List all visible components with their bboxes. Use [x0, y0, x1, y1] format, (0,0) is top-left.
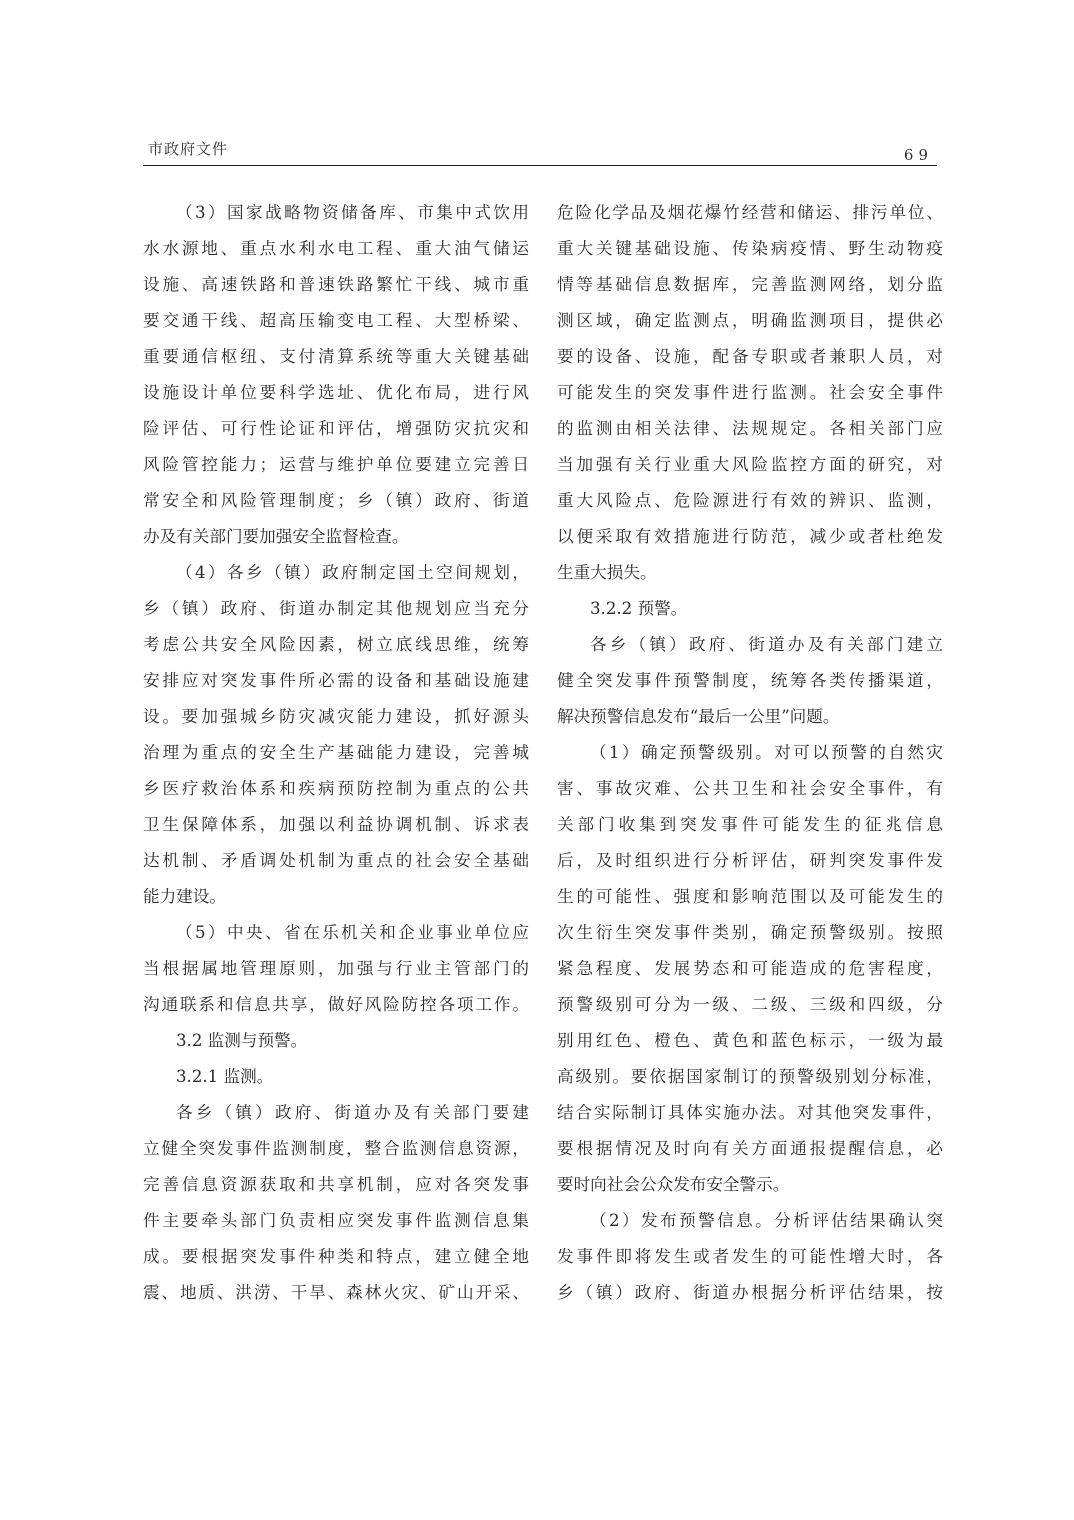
text-line: 可能发生的突发事件进行监测。社会安全事件: [557, 377, 943, 413]
text-line: 件主要牵头部门负责相应突发事件监测信息集: [143, 1205, 529, 1241]
text-line: 设施、高速铁路和普速铁路繁忙干线、城市重: [143, 269, 529, 305]
text-line: （1）确定预警级别。对可以预警的自然灾: [557, 737, 943, 773]
page-number: 69: [904, 146, 933, 164]
left-column: （3）国家战略物资储备库、市集中式饮用水水源地、重点水利水电工程、重大油气储运设…: [143, 197, 529, 1313]
text-line: 当根据属地管理原则，加强与行业主管部门的: [143, 953, 529, 989]
text-line: 立健全突发事件监测制度，整合监测信息资源，: [143, 1133, 529, 1169]
text-line: 沟通联系和信息共享，做好风险防控各项工作。: [143, 989, 529, 1025]
text-line: 设。要加强城乡防灾减灾能力建设，抓好源头: [143, 701, 529, 737]
text-line: 卫生保障体系，加强以利益协调机制、诉求表: [143, 809, 529, 845]
header-divider: [143, 165, 937, 166]
text-line: 各乡（镇）政府、街道办及有关部门建立: [557, 629, 943, 665]
text-line: 重大风险点、危险源进行有效的辨识、监测，: [557, 485, 943, 521]
text-line: 设施设计单位要科学选址、优化布局，进行风: [143, 377, 529, 413]
text-line: 预警级别可分为一级、二级、三级和四级，分: [557, 989, 943, 1025]
text-line: （5）中央、省在乐机关和企业事业单位应: [143, 917, 529, 953]
text-line: 当加强有关行业重大风险监控方面的研究，对: [557, 449, 943, 485]
text-line: 完善信息资源获取和共享机制，应对各突发事: [143, 1169, 529, 1205]
text-line: 险评估、可行性论证和评估，增强防灾抗灾和: [143, 413, 529, 449]
text-line: 达机制、矛盾调处机制为重点的社会安全基础: [143, 845, 529, 881]
text-line: 危险化学品及烟花爆竹经营和储运、排污单位、: [557, 197, 943, 233]
text-line: 健全突发事件预警制度，统筹各类传播渠道，: [557, 665, 943, 701]
text-line: 成。要根据突发事件种类和特点，建立健全地: [143, 1241, 529, 1277]
text-line: （4）各乡（镇）政府制定国土空间规划，: [143, 557, 529, 593]
right-column: 危险化学品及烟花爆竹经营和储运、排污单位、重大关键基础设施、传染病疫情、野生动物…: [557, 197, 943, 1313]
text-line: 后，及时组织进行分析评估，研判突发事件发: [557, 845, 943, 881]
text-line: 乡（镇）政府、街道办制定其他规划应当充分: [143, 593, 529, 629]
text-line: 常安全和风险管理制度；乡（镇）政府、街道: [143, 485, 529, 521]
header-title: 市政府文件: [148, 138, 228, 159]
text-line: （2）发布预警信息。分析评估结果确认突: [557, 1205, 943, 1241]
text-line: 考虑公共安全风险因素，树立底线思维，统筹: [143, 629, 529, 665]
text-line: 各乡（镇）政府、街道办及有关部门要建: [143, 1097, 529, 1133]
text-line: 生的可能性、强度和影响范围以及可能发生的: [557, 881, 943, 917]
text-line: 要时向社会公众发布安全警示。: [557, 1169, 943, 1205]
text-line: 情等基础信息数据库，完善监测网络，划分监: [557, 269, 943, 305]
text-line: 的监测由相关法律、法规规定。各相关部门应: [557, 413, 943, 449]
text-line: 能力建设。: [143, 881, 529, 917]
text-line: 要的设备、设施，配备专职或者兼职人员，对: [557, 341, 943, 377]
text-line: 治理为重点的安全生产基础能力建设，完善城: [143, 737, 529, 773]
text-line: 紧急程度、发展势态和可能造成的危害程度，: [557, 953, 943, 989]
text-line: 要交通干线、超高压输变电工程、大型桥梁、: [143, 305, 529, 341]
text-line: 乡（镇）政府、街道办根据分析评估结果，按: [557, 1277, 943, 1313]
text-line: 乡医疗救治体系和疾病预防控制为重点的公共: [143, 773, 529, 809]
text-line: 水水源地、重点水利水电工程、重大油气储运: [143, 233, 529, 269]
text-line: 安排应对突发事件所必需的设备和基础设施建: [143, 665, 529, 701]
text-line: 害、事故灾难、公共卫生和社会安全事件，有: [557, 773, 943, 809]
text-line: 以便采取有效措施进行防范，减少或者杜绝发: [557, 521, 943, 557]
text-line: （3）国家战略物资储备库、市集中式饮用: [143, 197, 529, 233]
text-line: 测区域，确定监测点，明确监测项目，提供必: [557, 305, 943, 341]
text-line: 办及有关部门要加强安全监督检查。: [143, 521, 529, 557]
text-line: 解决预警信息发布“最后一公里”问题。: [557, 701, 943, 737]
text-line: 次生衍生突发事件类别，确定预警级别。按照: [557, 917, 943, 953]
text-line: 别用红色、橙色、黄色和蓝色标示，一级为最: [557, 1025, 943, 1061]
text-line: 生重大损失。: [557, 557, 943, 593]
section-heading: 3.2 监测与预警。: [143, 1025, 529, 1061]
text-line: 重大关键基础设施、传染病疫情、野生动物疫: [557, 233, 943, 269]
text-line: 关部门收集到突发事件可能发生的征兆信息: [557, 809, 943, 845]
section-heading: 3.2.1 监测。: [143, 1061, 529, 1097]
text-line: 高级别。要依据国家制订的预警级别划分标准，: [557, 1061, 943, 1097]
text-line: 发事件即将发生或者发生的可能性增大时，各: [557, 1241, 943, 1277]
text-line: 要根据情况及时向有关方面通报提醒信息，必: [557, 1133, 943, 1169]
text-line: 震、地质、洪涝、干旱、森林火灾、矿山开采、: [143, 1277, 529, 1313]
text-line: 结合实际制订具体实施办法。对其他突发事件，: [557, 1097, 943, 1133]
text-line: 重要通信枢纽、支付清算系统等重大关键基础: [143, 341, 529, 377]
page-header: 市政府文件 69: [143, 136, 933, 166]
section-heading: 3.2.2 预警。: [557, 593, 943, 629]
text-line: 风险管控能力；运营与维护单位要建立完善日: [143, 449, 529, 485]
